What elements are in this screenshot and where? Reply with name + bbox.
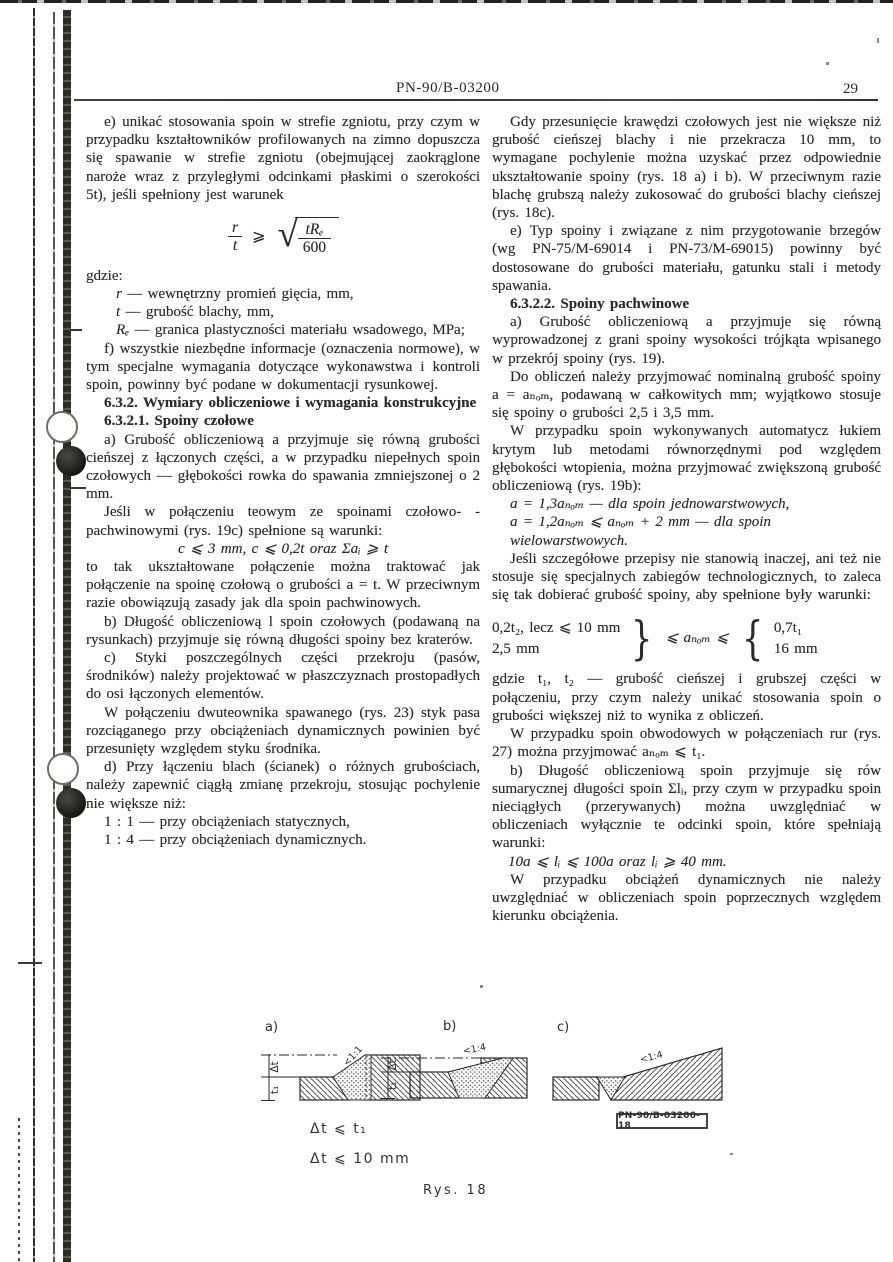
item-slope-static: 1 : 1 — przy obciążeniach statycznych, [86, 813, 480, 831]
scan-edge-strip [0, 0, 893, 3]
radical-sign: √ [277, 218, 297, 252]
binding-line-2 [53, 12, 55, 1262]
plate-thin-c [553, 1077, 599, 1100]
header-doc-number: PN-90/B-03200 [396, 80, 500, 97]
paragraph-d-laczenie-blach: d) Przy łączeniu blach (ścianek) o różny… [86, 758, 480, 813]
figure-rys-18: a) Δt t₁ <1:1 b) Δt t₁ <1:4 c) <1:4 [245, 1018, 745, 1116]
slope-label-c: <1:4 [639, 1049, 664, 1065]
formula-right-stack: 0,7t₁ 16 mm [774, 619, 818, 658]
heading-6-3-2-2: 6.3.2.2. Spoiny pachwinowe [492, 295, 881, 313]
definition-r: r — wewnętrzny promień gięcia, mm, [86, 285, 480, 303]
formula-warunki-czolowe: c ⩽ 3 mm, c ⩽ 0,2t oraz Σaᵢ ⩾ t [86, 540, 480, 558]
formula-anom-warunki: 0,2t₂, lecz ⩽ 10 mm 2,5 mm } ⩽ aₙₒₘ ⩽ { … [492, 615, 881, 661]
item-slope-dynamic: 1 : 4 — przy obciążeniach dynamicznych. [86, 831, 480, 849]
binding-line-3 [63, 10, 71, 1262]
paragraph-gdy-przesuniecie: Gdy przesunięcie krawędzi czołowych jest… [492, 113, 881, 222]
relation-sign: ⩾ [252, 228, 265, 246]
punch-hole-black [56, 446, 86, 476]
heading-6-3-2-1: 6.3.2.1. Spoiny czołowe [86, 412, 480, 430]
paragraph-a-grubosc-pachwinowa: a) Grubość obliczeniową a przyjmuje się … [492, 313, 881, 368]
fraction-r-t: r t [227, 219, 243, 255]
paragraph-spoiny-obwodowe: W przypadku spoin obwodowych w połączeni… [492, 725, 881, 761]
definition-re: Rₑ — granica plastyczności materiału wsa… [86, 321, 480, 339]
page-number: 29 [843, 81, 858, 98]
scan-speck [480, 985, 483, 988]
punch-hole-black [56, 788, 86, 818]
plate-bevelled-c [611, 1048, 722, 1100]
formula-dlugosc-odcinkow: 10a ⩽ lᵢ ⩽ 100a oraz lᵢ ⩾ 40 mm. [492, 853, 881, 871]
paragraph-obciazenia-dynamiczne: W przypadku obciążeń dynamicznych nie na… [492, 871, 881, 926]
header-rule [74, 99, 878, 101]
paragraph-a-grubosc: a) Grubość obliczeniową a przyjmuje się … [86, 431, 480, 504]
scanned-standard-page: PN-90/B-03200 29 e) unikać stosowania sp… [0, 0, 893, 1262]
paragraph-b-dlugosc: b) Długość obliczeniową l spoin czołowyc… [86, 613, 480, 649]
scan-speck [826, 62, 829, 65]
figure-caption: Rys. 18 [423, 1183, 488, 1198]
paragraph-e-strefa-zgniotu: e) unikać stosowania spoin w strefie zgn… [86, 113, 480, 204]
punch-hole-white [47, 753, 79, 785]
heading-6-3-2: 6.3.2. Wymiary obliczeniowe i wymagania … [86, 394, 480, 412]
definition-t: t — grubość blachy, mm, [86, 303, 480, 321]
paragraph-dwuteownik: W połączeniu dwuteownika spawanego (rys.… [86, 704, 480, 759]
punch-hole-white [46, 411, 78, 443]
right-column: Gdy przesunięcie krawędzi czołowych jest… [492, 113, 881, 925]
diagram-a-label: a) [265, 1020, 278, 1035]
figure-note-delta-t1: Δt ⩽ t₁ [310, 1121, 367, 1137]
diagram-c-label: c) [557, 1020, 569, 1035]
binding-line-dotted [18, 1118, 20, 1262]
margin-dash [70, 487, 86, 489]
item-a-12anom: a = 1,2aₙₒₘ ⩽ aₙₒₘ + 2 mm — dla spoin wi… [492, 513, 881, 549]
radicand-denominator: 600 [298, 238, 331, 256]
left-column: e) unikać stosowania spoin w strefie zgn… [86, 113, 480, 849]
paragraph-jesli-teowe: Jeśli w połączeniu teowym ze spoinami cz… [86, 503, 480, 539]
scan-speck [730, 1153, 733, 1155]
formula-middle: ⩽ aₙₒₘ ⩽ [664, 629, 731, 647]
paragraph-jesli-przepisy: Jeśli szczegółowe przepisy nie stanowią … [492, 550, 881, 605]
paragraph-f-informacje: f) wszystkie niezbędne informacje (oznac… [86, 340, 480, 395]
margin-dash [70, 329, 82, 331]
figure-note-delta-10mm: Δt ⩽ 10 mm [310, 1151, 410, 1167]
radicand-numerator: tRₑ [300, 221, 328, 238]
scan-speck [877, 38, 879, 43]
formula-left-stack: 0,2t₂, lecz ⩽ 10 mm 2,5 mm [492, 619, 620, 658]
closing-brace: } [631, 615, 652, 661]
binding-line-1 [33, 8, 35, 1262]
formula-bend-radius: r t ⩾ √ tRₑ 600 [86, 217, 480, 257]
gdzie-label: gdzie: [86, 267, 480, 285]
formula-numerator: r [227, 219, 243, 236]
margin-dash [18, 962, 42, 964]
diagram-b-label: b) [443, 1019, 456, 1034]
opening-brace: { [742, 615, 763, 661]
item-a-13anom: a = 1,3aₙₒₘ — dla spoin jednowarstwowych… [492, 495, 881, 513]
paragraph-to-tak: to tak ukształtowane połączenie można tr… [86, 558, 480, 613]
dim-label-t1-a: t₁ [269, 1086, 281, 1094]
paragraph-b-dlugosc-spoin: b) Długość obliczeniową spoin przyjmuje … [492, 762, 881, 853]
dim-label-t1-b: t₁ [387, 1082, 399, 1090]
paragraph-gdzie-t1-t2: gdzie t₁, t₂ — grubość cieńszej i grubsz… [492, 670, 881, 725]
dim-label-delta-t-b: Δt [387, 1059, 399, 1070]
dim-label-delta-t-a: Δt [269, 1061, 281, 1072]
paragraph-do-obliczen: Do obliczeń należy przyjmować nominalną … [492, 368, 881, 423]
formula-denominator: t [228, 236, 242, 254]
figure-stamp-box: PN-90/B-03200-18 [616, 1113, 708, 1129]
paragraph-c-styki: c) Styki poszczególnych części przekroju… [86, 649, 480, 704]
paragraph-spoiny-automatyczne: W przypadku spoin wykonywanych automatyc… [492, 422, 881, 495]
slope-label-b: <1:4 [462, 1042, 487, 1057]
paragraph-e-typ-spoiny: e) Typ spoiny i związane z nim przygotow… [492, 222, 881, 295]
radical-expression: √ tRₑ 600 [274, 217, 339, 257]
